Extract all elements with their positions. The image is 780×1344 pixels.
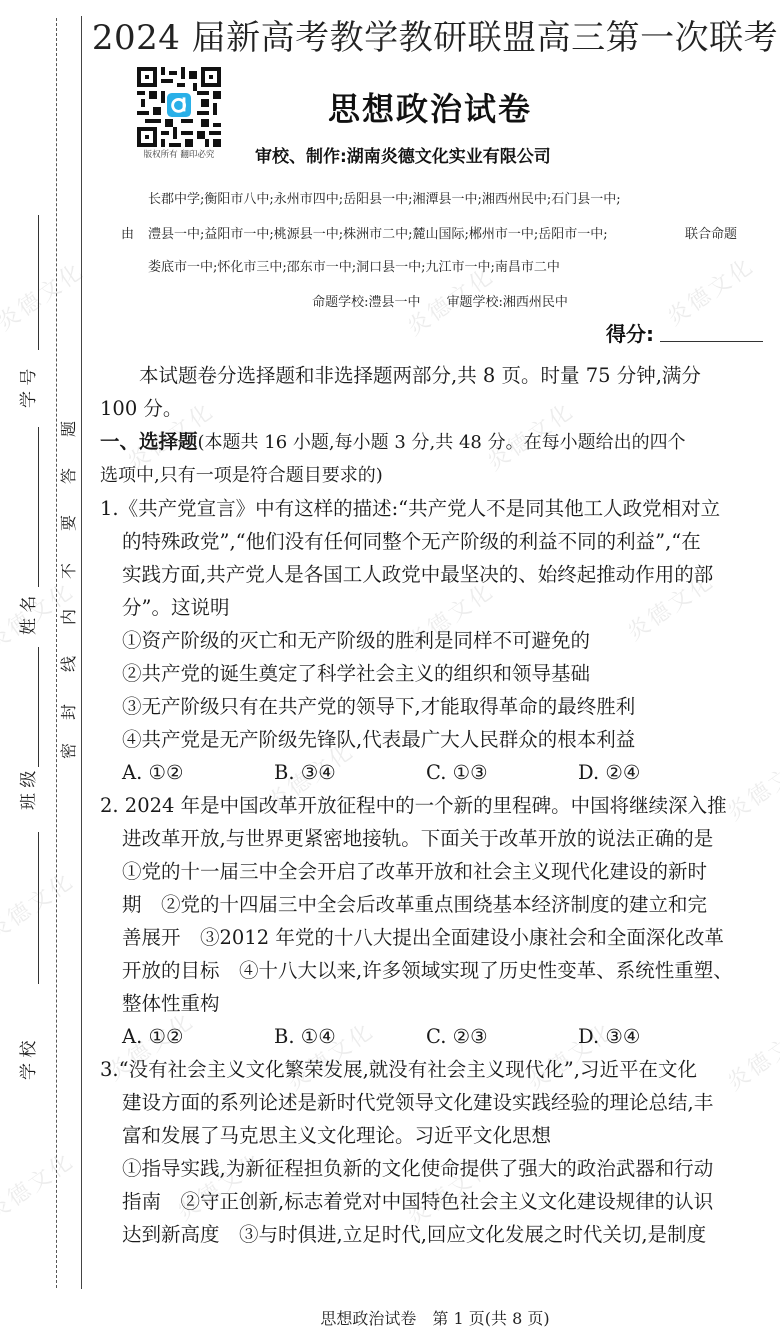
setter-school: 命题学校:澧县一中 bbox=[312, 295, 420, 310]
question-2-options: A. ①② B. ①④ C. ②③ D. ③④ bbox=[100, 1020, 766, 1053]
intro-text: 100 分。 bbox=[100, 392, 766, 425]
question-2-statement: ①党的十一届三中全会开启了改革开放和社会主义现代化建设的新时 bbox=[100, 855, 766, 888]
section-title: 一、选择题 bbox=[100, 430, 198, 453]
by-label: 由 bbox=[121, 223, 134, 242]
question-3-statement: 指南 ②守正创新,标志着党对中国特色社会主义文化建设规律的认识 bbox=[100, 1185, 766, 1218]
question-1-statement: ①资产阶级的灭亡和无产阶级的胜利是同样不可避免的 bbox=[100, 624, 766, 657]
question-1-stem: 实践方面,共产党人是各国工人政党中最坚决的、始终起推动作用的部 bbox=[100, 558, 766, 591]
question-1-statement: ④共产党是无产阶级先锋队,代表最广大人民群众的根本利益 bbox=[100, 723, 766, 756]
name-label: 姓 名 bbox=[14, 605, 44, 635]
watermark: 炎德文化 bbox=[0, 864, 80, 947]
option-b[interactable]: B. ①④ bbox=[274, 1020, 426, 1053]
question-1-statement: ③无产阶级只有在共产党的领导下,才能取得革命的最终胜利 bbox=[100, 690, 766, 723]
seal-char: 密 bbox=[60, 742, 78, 760]
copyright-caption: 版权所有 翻印必究 bbox=[133, 148, 225, 160]
seal-char: 答 bbox=[60, 467, 78, 485]
school-label: 学 校 bbox=[14, 1050, 44, 1080]
question-1-statement: ②共产党的诞生奠定了科学社会主义的组织和领导基础 bbox=[100, 657, 766, 690]
name-blank bbox=[38, 647, 39, 767]
joint-setting-label: 联合命题 bbox=[685, 223, 737, 242]
score-label: 得分: bbox=[606, 318, 654, 347]
seal-char: 要 bbox=[60, 514, 78, 532]
qr-code-icon bbox=[137, 67, 221, 147]
option-c[interactable]: C. ①③ bbox=[426, 756, 578, 789]
subject-title: 思想政治试卷 bbox=[300, 84, 560, 130]
intro-text: 本试题卷分选择题和非选择题两部分,共 8 页。时量 75 分钟,满分 bbox=[100, 359, 766, 392]
page-footer: 思想政治试卷 第 1 页(共 8 页) bbox=[90, 1306, 780, 1329]
option-c[interactable]: C. ②③ bbox=[426, 1020, 578, 1053]
option-d[interactable]: D. ②④ bbox=[578, 756, 730, 789]
question-1-stem: 分”。这说明 bbox=[100, 591, 766, 624]
seal-char: 题 bbox=[60, 420, 78, 438]
cut-line-dotted bbox=[56, 18, 57, 1288]
school-list-row: 娄底市一中;怀化市三中;邵东市一中;洞口县一中;九江市一中;南昌市二中 bbox=[148, 256, 560, 275]
watermark: 炎德文化 bbox=[0, 1144, 80, 1227]
question-2-statement: 开放的目标 ④十八大以来,许多领域实现了历史性变革、系统性重塑、 bbox=[100, 954, 766, 987]
producer-line: 审校、制作:湖南炎德文化实业有限公司 bbox=[255, 142, 615, 167]
section-note: (本题共 16 小题,每小题 3 分,共 48 分。在每小题给出的四个 bbox=[198, 432, 686, 453]
class-label: 班 级 bbox=[14, 780, 44, 810]
option-a[interactable]: A. ①② bbox=[122, 756, 274, 789]
exam-title: 2024 届新高考教学教研联盟高三第一次联考 bbox=[90, 10, 780, 59]
seal-char: 不 bbox=[60, 562, 78, 580]
school-list-row: 长郡中学;衡阳市八中;永州市四中;岳阳县一中;湘潭县一中;湘西州民中;石门县一中… bbox=[148, 188, 621, 207]
class-blank bbox=[38, 832, 39, 984]
question-3-stem: 建设方面的系列论述是新时代党领导文化建设实践经验的理论总结,丰 bbox=[100, 1086, 766, 1119]
score-blank[interactable] bbox=[660, 341, 763, 342]
question-2-stem: 进改革开放,与世界更紧密地接轨。下面关于改革开放的说法正确的是 bbox=[100, 822, 766, 855]
option-b[interactable]: B. ③④ bbox=[274, 756, 426, 789]
setter-reviewer: 命题学校:澧县一中审题学校:湘西州民中 bbox=[100, 291, 780, 310]
seal-char: 封 bbox=[60, 703, 78, 721]
school-list-row: 澧县一中;益阳市一中;桃源县一中;株洲市二中;麓山国际;郴州市一中;岳阳市一中; bbox=[148, 223, 608, 242]
watermark: 炎德文化 bbox=[0, 254, 90, 337]
student-id-blank bbox=[38, 215, 39, 350]
margin-line-solid bbox=[81, 16, 82, 1289]
seal-char: 内 bbox=[60, 608, 78, 626]
student-id-label: 学 号 bbox=[14, 378, 44, 408]
question-2-statement: 期 ②党的十四届三中全会后改革重点围绕基本经济制度的建立和完 bbox=[100, 888, 766, 921]
question-3-statement: 达到新高度 ③与时俱进,立足时代,回应文化发展之时代关切,是制度 bbox=[100, 1218, 766, 1251]
reviewer-school: 审题学校:湘西州民中 bbox=[447, 295, 568, 310]
question-2-stem: 2. 2024 年是中国改革开放征程中的一个新的里程碑。中国将继续深入推 bbox=[100, 789, 766, 822]
option-d[interactable]: D. ③④ bbox=[578, 1020, 730, 1053]
exam-content: 本试题卷分选择题和非选择题两部分,共 8 页。时量 75 分钟,满分 100 分… bbox=[100, 359, 766, 1251]
section-heading: 一、选择题(本题共 16 小题,每小题 3 分,共 48 分。在每小题给出的四个 bbox=[100, 425, 766, 459]
name-blank-top bbox=[38, 427, 39, 587]
question-3-stem: 富和发展了马克思主义文化理论。习近平文化思想 bbox=[100, 1119, 766, 1152]
section-note: 选项中,只有一项是符合题目要求的) bbox=[100, 459, 766, 492]
seal-char: 线 bbox=[60, 655, 78, 673]
option-a[interactable]: A. ①② bbox=[122, 1020, 274, 1053]
question-1-stem: 1.《共产党宣言》中有这样的描述:“共产党人不是同其他工人政党相对立 bbox=[100, 492, 766, 525]
question-2-statement: 整体性重构 bbox=[100, 987, 766, 1020]
question-1-options: A. ①② B. ③④ C. ①③ D. ②④ bbox=[100, 756, 766, 789]
question-3-statement: ①指导实践,为新征程担负新的文化使命提供了强大的政治武器和行动 bbox=[100, 1152, 766, 1185]
question-2-statement: 善展开 ③2012 年党的十八大提出全面建设小康社会和全面深化改革 bbox=[100, 921, 766, 954]
question-1-stem: 的特殊政党”,“他们没有任何同整个无产阶级的利益不同的利益”,“在 bbox=[100, 525, 766, 558]
question-3-stem: 3.“没有社会主义文化繁荣发展,就没有社会主义现代化”,习近平在文化 bbox=[100, 1053, 766, 1086]
